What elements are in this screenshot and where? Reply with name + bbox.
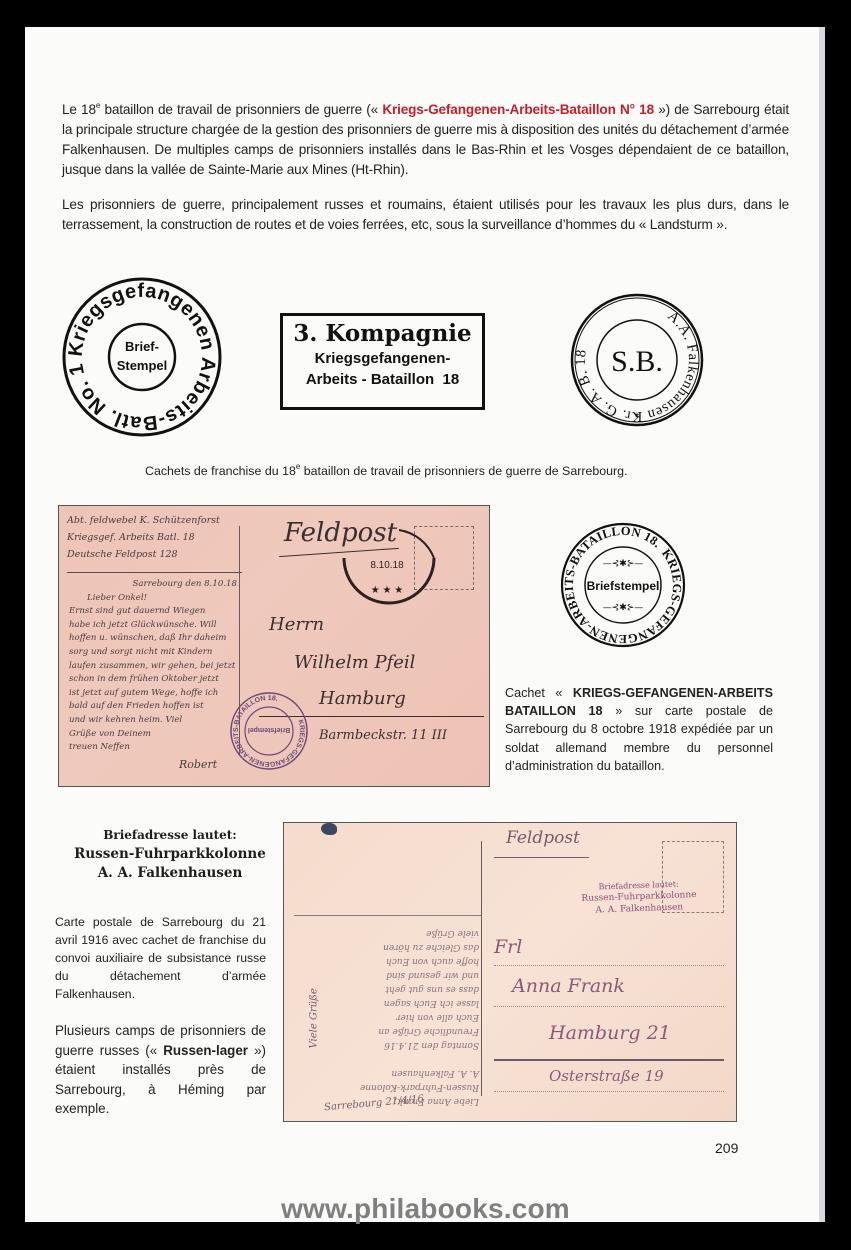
para1-middle: bataillon de travail de prisonniers de g… [100, 102, 382, 117]
svg-text:Stempel: Stempel [117, 358, 168, 373]
watermark-url[interactable]: www.philabooks.com [0, 1193, 851, 1225]
svg-text:—⊰✱⊱—: —⊰✱⊱— [603, 559, 644, 569]
message-line: schon in dem frühen Oktober jetzt [69, 673, 237, 687]
para3-bold: Russen-lager [163, 1043, 248, 1058]
stamps-caption: Cachets de franchise du 18e bataillon de… [145, 462, 705, 481]
violet-battalion-stamp: KRIEGS-GEFANGENEN-ARBEITS-BATAILLON 18. … [229, 691, 309, 771]
round-stamp-sb: A.A. Falkenhausen Kr. G. A. B. 18 S.B. * [570, 293, 705, 428]
margin-writing: Viele Grüße [309, 889, 320, 1049]
recipient-line: Wilhelm Pfeil [259, 644, 484, 682]
feldpost-underline [494, 857, 589, 858]
recipient-line: Anna Frank [494, 966, 724, 1007]
recipient-line: Herrn [259, 606, 484, 644]
message-line: Lieber Onkel! [69, 592, 237, 606]
postcard-1916: Liebe Anna Frank,Russen-Fuhrpark-Kolonne… [283, 822, 737, 1122]
message-text: Sarrebourg den 8.10.18 Lieber Onkel! Ern… [69, 578, 237, 755]
recipient-line: Osterstraße 19 [494, 1061, 724, 1092]
message-line: sorg und sorgt nicht mit Kindern [69, 646, 237, 660]
recipient-address: Frl Anna Frank Hamburg 21 Osterstraße 19 [494, 933, 724, 1092]
fraktur-line3: A. A. Falkenhausen [70, 865, 270, 881]
message-line: hoffen u. wünschen, daß Ihr daheim [69, 632, 237, 646]
recipient-line: Hamburg 21 [494, 1007, 724, 1061]
sender-text: Abt. feldwebel K. Schützenforst Kriegsge… [67, 512, 237, 563]
violet-address-stamp: Briefadresse lautet: Russen-Fuhrparkkolo… [568, 879, 709, 917]
message-line: ist jetzt auf gutem Wege, hoffe ich [69, 687, 237, 701]
fraktur-line1: Briefadresse lautet: [70, 828, 270, 842]
message-line: Sarrebourg den 8.10.18 [69, 578, 237, 592]
fraktur-address-stamp: Briefadresse lautet: Russen-Fuhrparkkolo… [70, 828, 270, 881]
message-line: Grüße von Deinem [69, 728, 237, 742]
message-line: habe ich jetzt Glückwünsche. Will [69, 619, 237, 633]
intro-paragraph: Le 18e bataillon de travail de prisonnie… [62, 100, 789, 180]
svg-text:Briefstempel: Briefstempel [587, 579, 660, 593]
box-stamp-line3: Arbeits - Bataillon 18 [283, 371, 482, 388]
svg-text:*: * [635, 410, 640, 424]
postcard2-caption: Carte postale de Sarrebourg du 21 avril … [55, 913, 266, 1003]
violet-stamp-line: A. A. Falkenhausen [569, 902, 709, 917]
recipient-line: Frl [494, 933, 724, 966]
round-stamp-briefstempel: KRIEGS-GEFANGENEN-ARBEITS-BATAILLON 18. … [560, 522, 686, 648]
postmark: 8.10.18 ★ ★ ★ [339, 528, 439, 613]
signature: Robert [179, 758, 217, 771]
svg-text:S.B.: S.B. [611, 345, 663, 378]
message-line: bald auf den Frieden hoffen ist [69, 700, 237, 714]
sender-line: Deutsche Feldpost 128 [67, 546, 237, 563]
battalion-name-highlight: Kriegs-Gefangenen-Arbeits-Bataillon N° 1… [382, 102, 654, 117]
postcard1-caption: Cachet « KRIEGS-GEFANGENEN-ARBEITS BATAI… [505, 684, 773, 775]
ink-blot [321, 823, 337, 835]
svg-text:8.10.18: 8.10.18 [370, 560, 404, 571]
box-stamp-line1: 3. Kompagnie [283, 320, 482, 347]
message-line: laufen zusammen, wir gehen, bei jetzt [69, 660, 237, 674]
box-stamp-3-kompagnie: 3. Kompagnie Kriegsgefangenen- Arbeits -… [280, 313, 485, 410]
para1-prefix: Le 18 [62, 102, 96, 117]
svg-text:—⊰✱⊱—: —⊰✱⊱— [603, 603, 644, 613]
fraktur-line2: Russen-Fuhrparkkolonne [70, 846, 270, 862]
sender-line: Abt. feldwebel K. Schützenforst [67, 512, 237, 529]
stamps-caption-prefix: Cachets de franchise du 18 [145, 464, 296, 478]
message-line: und wir kehren heim. Viel [69, 714, 237, 728]
prisoners-paragraph: Les prisonniers de guerre, principalemen… [62, 195, 789, 235]
sender-divider [67, 572, 242, 573]
page-number: 209 [715, 1140, 738, 1156]
box-stamp-line2: Kriegsgefangenen- [283, 350, 482, 367]
svg-text:Brief-: Brief- [125, 339, 159, 354]
svg-text:★ ★ ★: ★ ★ ★ [371, 585, 403, 596]
message-line: treuen Neffen [69, 741, 237, 755]
sender-line: Kriegsgef. Arbeits Batl. 18 [67, 529, 237, 546]
caption1-prefix: Cachet « [505, 686, 573, 700]
message-line: Ernst sind gut dauernd Wiegen [69, 605, 237, 619]
center-divider [481, 841, 482, 1096]
feldpost-label: Feldpost [506, 828, 580, 848]
stamps-caption-suffix: bataillon de travail de prisonniers de g… [300, 464, 627, 478]
svg-text:Briefstempel: Briefstempel [248, 726, 290, 733]
round-stamp-brief-stempel: Kriegsgefangenen Arbeits-Batl. No. 18 Br… [60, 277, 225, 437]
postcard-1918: Abt. feldwebel K. Schützenforst Kriegsge… [58, 505, 490, 787]
russenlager-paragraph: Plusieurs camps de prisonniers de guerre… [55, 1021, 266, 1119]
message-text-rotated: Liebe Anna Frank,Russen-Fuhrpark-Kolonne… [304, 838, 479, 1108]
